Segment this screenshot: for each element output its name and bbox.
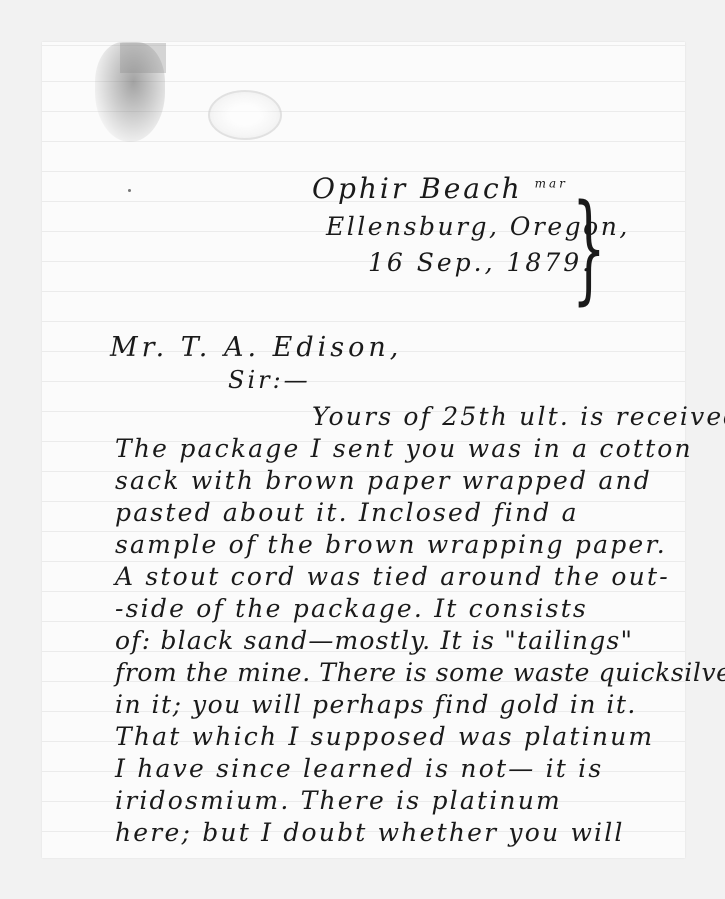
body-line: sack with brown paper wrapped and <box>115 466 652 495</box>
ink-dot <box>128 189 131 192</box>
body-line: in it; you will perhaps find gold in it. <box>115 690 637 719</box>
body-line: That which I supposed was platinum <box>115 722 654 751</box>
body-line: of: black sand—mostly. It is "tailings" <box>115 626 633 655</box>
body-line: A stout cord was tied around the out- <box>115 562 670 591</box>
place-name: Ophir Beach <box>312 172 523 205</box>
body-line: from the mine. There is some waste quick… <box>115 658 725 687</box>
body-line: -side of the package. It consists <box>115 594 588 623</box>
body-line: here; but I doubt whether you will <box>115 818 625 847</box>
body-line: I have since learned is not— it is <box>115 754 603 783</box>
heading-brace: } <box>572 188 606 306</box>
heading-place-line-1: Ophir Beach mar <box>312 172 568 205</box>
addressee: Mr. T. A. Edison, <box>110 332 402 363</box>
body-line: sample of the brown wrapping paper. <box>115 530 667 559</box>
body-line: Yours of 25th ult. is received. <box>312 402 725 431</box>
body-line: pasted about it. Inclosed find a <box>115 498 579 527</box>
place-suffix: mar <box>535 177 568 191</box>
greeting: Sir:— <box>228 366 311 394</box>
ink-smudge-top <box>120 43 166 73</box>
heading-date: 16 Sep., 1879. <box>368 248 593 277</box>
body-line: iridosmium. There is platinum <box>115 786 562 815</box>
body-line: The package I sent you was in a cotton <box>115 434 693 463</box>
paper-stain <box>208 90 282 140</box>
